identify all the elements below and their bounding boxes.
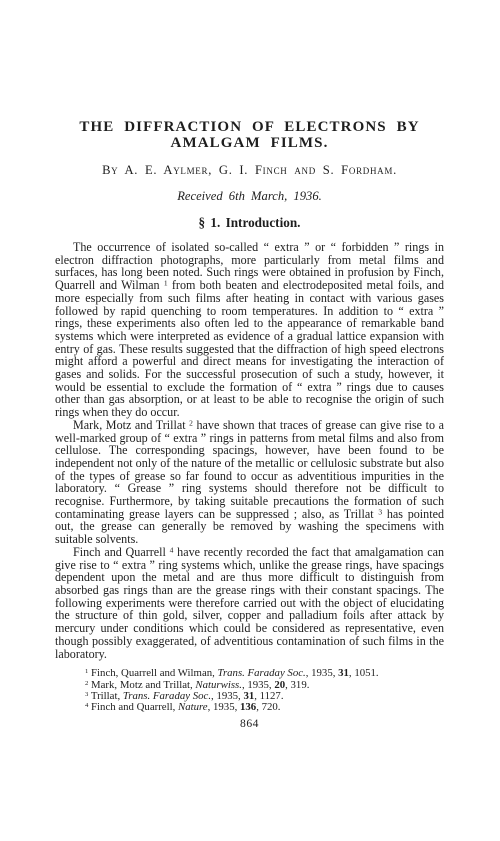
article-title: THE DIFFRACTION OF ELECTRONS BY AMALGAM … [55, 119, 444, 151]
received-date: Received 6th March, 1936. [55, 190, 444, 203]
paragraph: Finch and Quarrell 4 have recently recor… [55, 546, 444, 660]
paragraph: The occurrence of isolated so-called “ e… [55, 241, 444, 419]
footnote: 4 Finch and Quarrell, Nature, 1935, 136,… [55, 702, 444, 713]
article-title-line2: AMALGAM FILMS. [171, 135, 329, 151]
article-title-line1: THE DIFFRACTION OF ELECTRONS BY [79, 119, 419, 135]
journal-page: THE DIFFRACTION OF ELECTRONS BY AMALGAM … [0, 0, 500, 841]
paragraph: Mark, Motz and Trillat 2 have shown that… [55, 419, 444, 546]
article-body: The occurrence of isolated so-called “ e… [55, 241, 444, 660]
page-number: 864 [55, 718, 444, 730]
author-byline: By A. E. Aylmer, G. I. Finch and S. Ford… [55, 164, 444, 177]
footnotes: 1 Finch, Quarrell and Wilman, Trans. Far… [55, 668, 444, 714]
section-heading: § 1. Introduction. [55, 216, 444, 230]
